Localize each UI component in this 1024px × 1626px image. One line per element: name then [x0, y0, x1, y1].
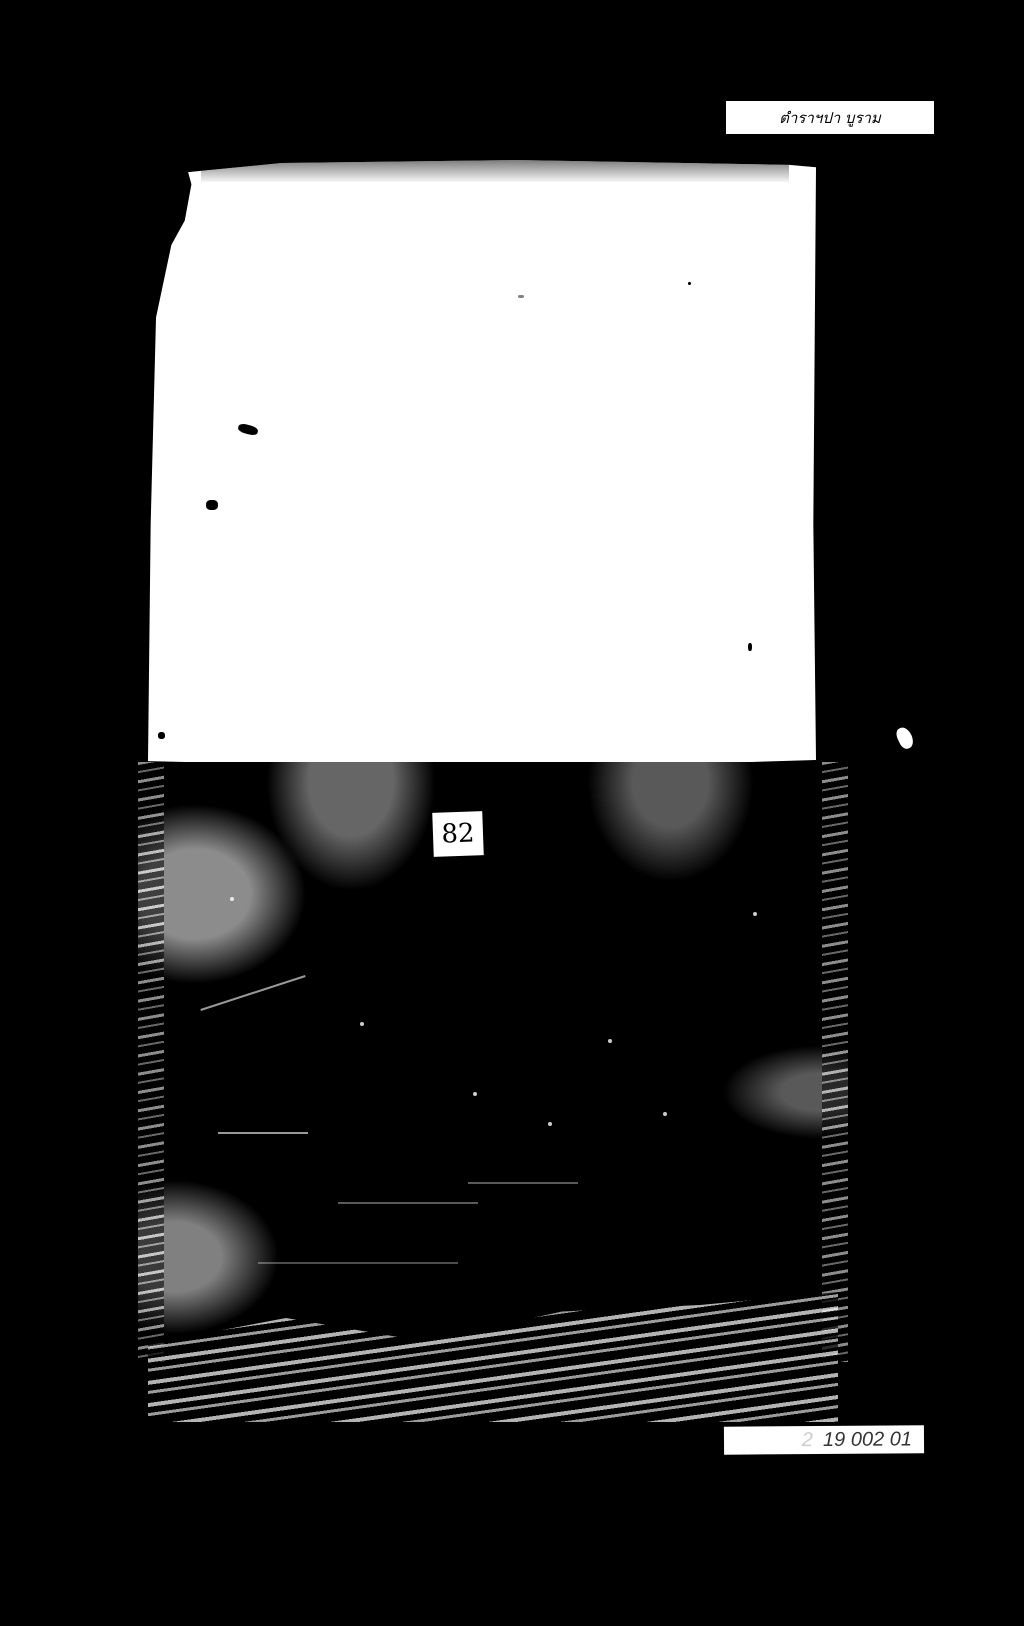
page-number: 82 [441, 818, 475, 849]
page-number-label: 82 [432, 811, 484, 857]
scratch [200, 975, 305, 1011]
manuscript-scan: ตำราฯปา บูราม 82 2 19 002 01 [0, 0, 1024, 1626]
ink-blot [688, 282, 691, 285]
scratch [468, 1182, 578, 1184]
speck [608, 1039, 612, 1043]
reference-label: 2 19 002 01 [724, 1425, 924, 1454]
scratch [218, 1132, 308, 1134]
ink-blot [237, 423, 259, 437]
lower-damaged-page [138, 762, 848, 1422]
upper-blank-page [148, 160, 816, 766]
torn-bottom-edge [148, 1292, 838, 1422]
ink-blot [748, 643, 752, 651]
title-label: ตำราฯปา บูราม [726, 101, 934, 134]
title-text: ตำราฯปา บูราม [779, 106, 881, 130]
speck [548, 1122, 552, 1126]
scratch [258, 1262, 458, 1264]
ink-blot [206, 500, 218, 510]
speck [663, 1112, 667, 1116]
scratch [338, 1202, 478, 1204]
ink-blot [158, 732, 165, 739]
reference-prefix: 2 [802, 1429, 813, 1452]
ink-blot [518, 295, 524, 298]
left-torn-edge [138, 762, 164, 1362]
speck [473, 1092, 477, 1096]
right-torn-edge [822, 762, 848, 1362]
speck [230, 897, 234, 901]
speck [753, 912, 757, 916]
reference-code: 19 002 01 [823, 1428, 912, 1452]
speck [360, 1022, 364, 1026]
paper-fragment [894, 725, 916, 751]
page-top-edge [201, 160, 789, 182]
